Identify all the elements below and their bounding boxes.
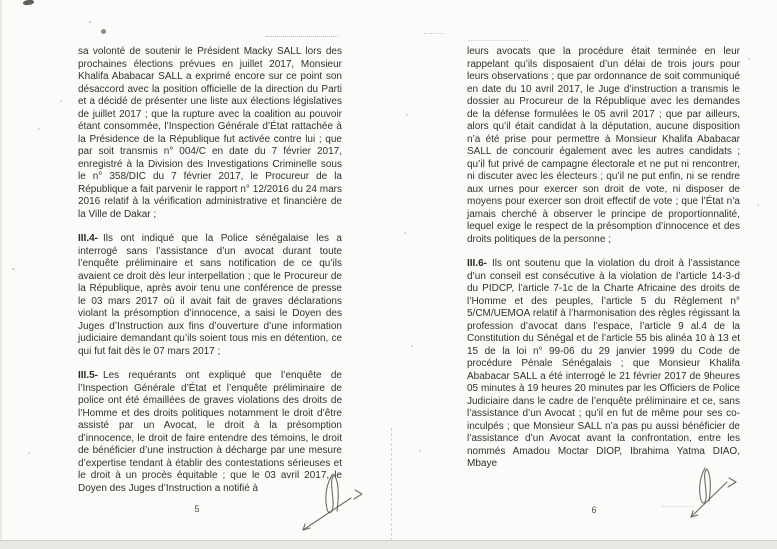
page-number-right: 6 xyxy=(583,505,605,515)
scan-speck xyxy=(38,128,40,130)
scanner-bed-strip xyxy=(0,540,777,549)
paragraph-text: Ils ont soutenu que la violation du droi… xyxy=(467,258,740,469)
scan-speck xyxy=(101,29,106,34)
scan-speck xyxy=(757,204,759,206)
page-left-text-column: sa volonté de soutenir le Président Mack… xyxy=(78,46,342,507)
page-right-text-column: leurs avocats que la procédure était ter… xyxy=(467,46,740,483)
scan-speck xyxy=(419,450,421,452)
paragraph-text: sa volonté de soutenir le Président Mack… xyxy=(78,46,342,220)
scan-speck xyxy=(89,21,91,23)
paragraph: III.4-Ils ont indiqué que la Police séné… xyxy=(78,233,342,358)
paragraph-text: leurs avocats que la procédure était ter… xyxy=(467,46,740,245)
paragraph: sa volonté de soutenir le Président Mack… xyxy=(78,46,342,221)
page-fold-line xyxy=(391,428,392,541)
corner-mark xyxy=(23,0,35,6)
scan-dotted-line xyxy=(424,33,444,34)
paragraph: III.6-Ils ont soutenu que la violation d… xyxy=(467,258,740,471)
paragraph-label: III.4- xyxy=(78,233,98,244)
scan-speck xyxy=(12,268,15,270)
scan-speck xyxy=(28,452,30,454)
scan-dotted-line xyxy=(468,40,528,41)
paragraph-text: Ils ont indiqué que la Police sénégalais… xyxy=(78,233,342,357)
handwritten-paraphe-left xyxy=(293,470,371,542)
page-number-left: 5 xyxy=(186,504,208,514)
scan-edge-strip xyxy=(0,0,2,549)
handwritten-paraphe-right xyxy=(683,465,745,527)
paragraph-label: III.6- xyxy=(467,258,487,269)
scan-speck xyxy=(748,58,750,60)
paragraph: leurs avocats que la procédure était ter… xyxy=(467,46,740,246)
scan-speck xyxy=(60,100,62,102)
paragraph-label: III.5- xyxy=(78,370,98,381)
scanned-document: sa volonté de soutenir le Président Mack… xyxy=(0,0,777,549)
scan-speck xyxy=(411,345,413,347)
scan-dotted-line xyxy=(266,36,338,37)
scan-speck xyxy=(404,232,406,234)
scan-speck xyxy=(406,114,408,116)
